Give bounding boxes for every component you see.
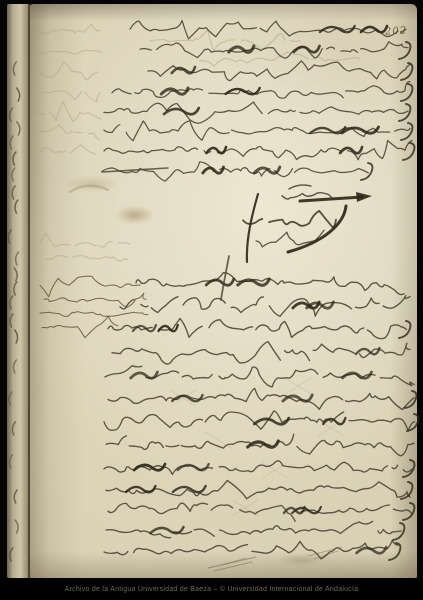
ink-stain bbox=[116, 206, 154, 224]
faint-stain bbox=[64, 176, 120, 192]
manuscript-scan: 202 Archivo de la Antigua Universidad de… bbox=[0, 0, 423, 600]
smudge-stain bbox=[278, 554, 324, 566]
caption-text: Archivo de la Antigua Universidad de Bae… bbox=[65, 586, 359, 593]
manuscript-page: 202 bbox=[30, 4, 417, 580]
folio-number: 202 bbox=[385, 25, 408, 37]
caption-bar: Archivo de la Antigua Universidad de Bae… bbox=[0, 578, 423, 600]
